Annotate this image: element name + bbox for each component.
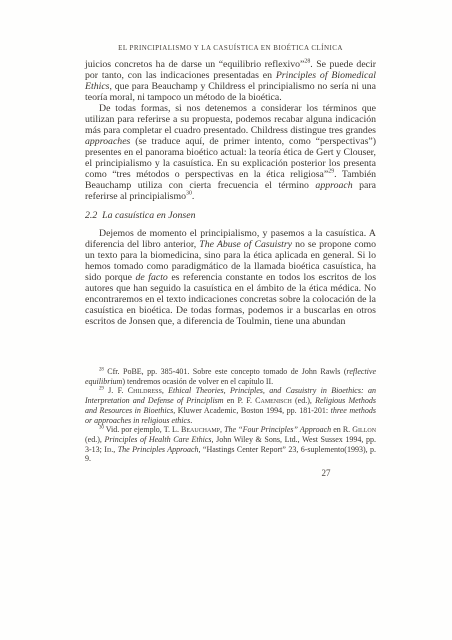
footnote: 28 Cfr. PoBE, pp. 385-401. Sobre este co… — [85, 367, 376, 386]
page-number: 27 — [300, 468, 352, 478]
document-page: EL PRINCIPIALISMO Y LA CASUÍSTICA EN BIO… — [0, 0, 452, 640]
footnote: 30 Vid. por ejemplo, T. L. Beauchamp, Th… — [85, 425, 376, 464]
body-paragraph: juicios concretos ha de darse un “equili… — [85, 59, 376, 103]
body-paragraph: De todas formas, si nos detenemos a cons… — [85, 103, 376, 202]
running-header: EL PRINCIPIALISMO Y LA CASUÍSTICA EN BIO… — [80, 44, 381, 52]
footnotes-block: 28 Cfr. PoBE, pp. 385-401. Sobre este co… — [85, 367, 376, 464]
text-block: juicios concretos ha de darse un “equili… — [85, 59, 376, 327]
section-heading: 2.2 La casuística en Jonsen — [85, 210, 376, 221]
body-paragraph: Dejemos de momento el principialismo, y … — [85, 228, 376, 327]
footnote: 29 J. F. Childress, Ethical Theories, Pr… — [85, 386, 376, 425]
